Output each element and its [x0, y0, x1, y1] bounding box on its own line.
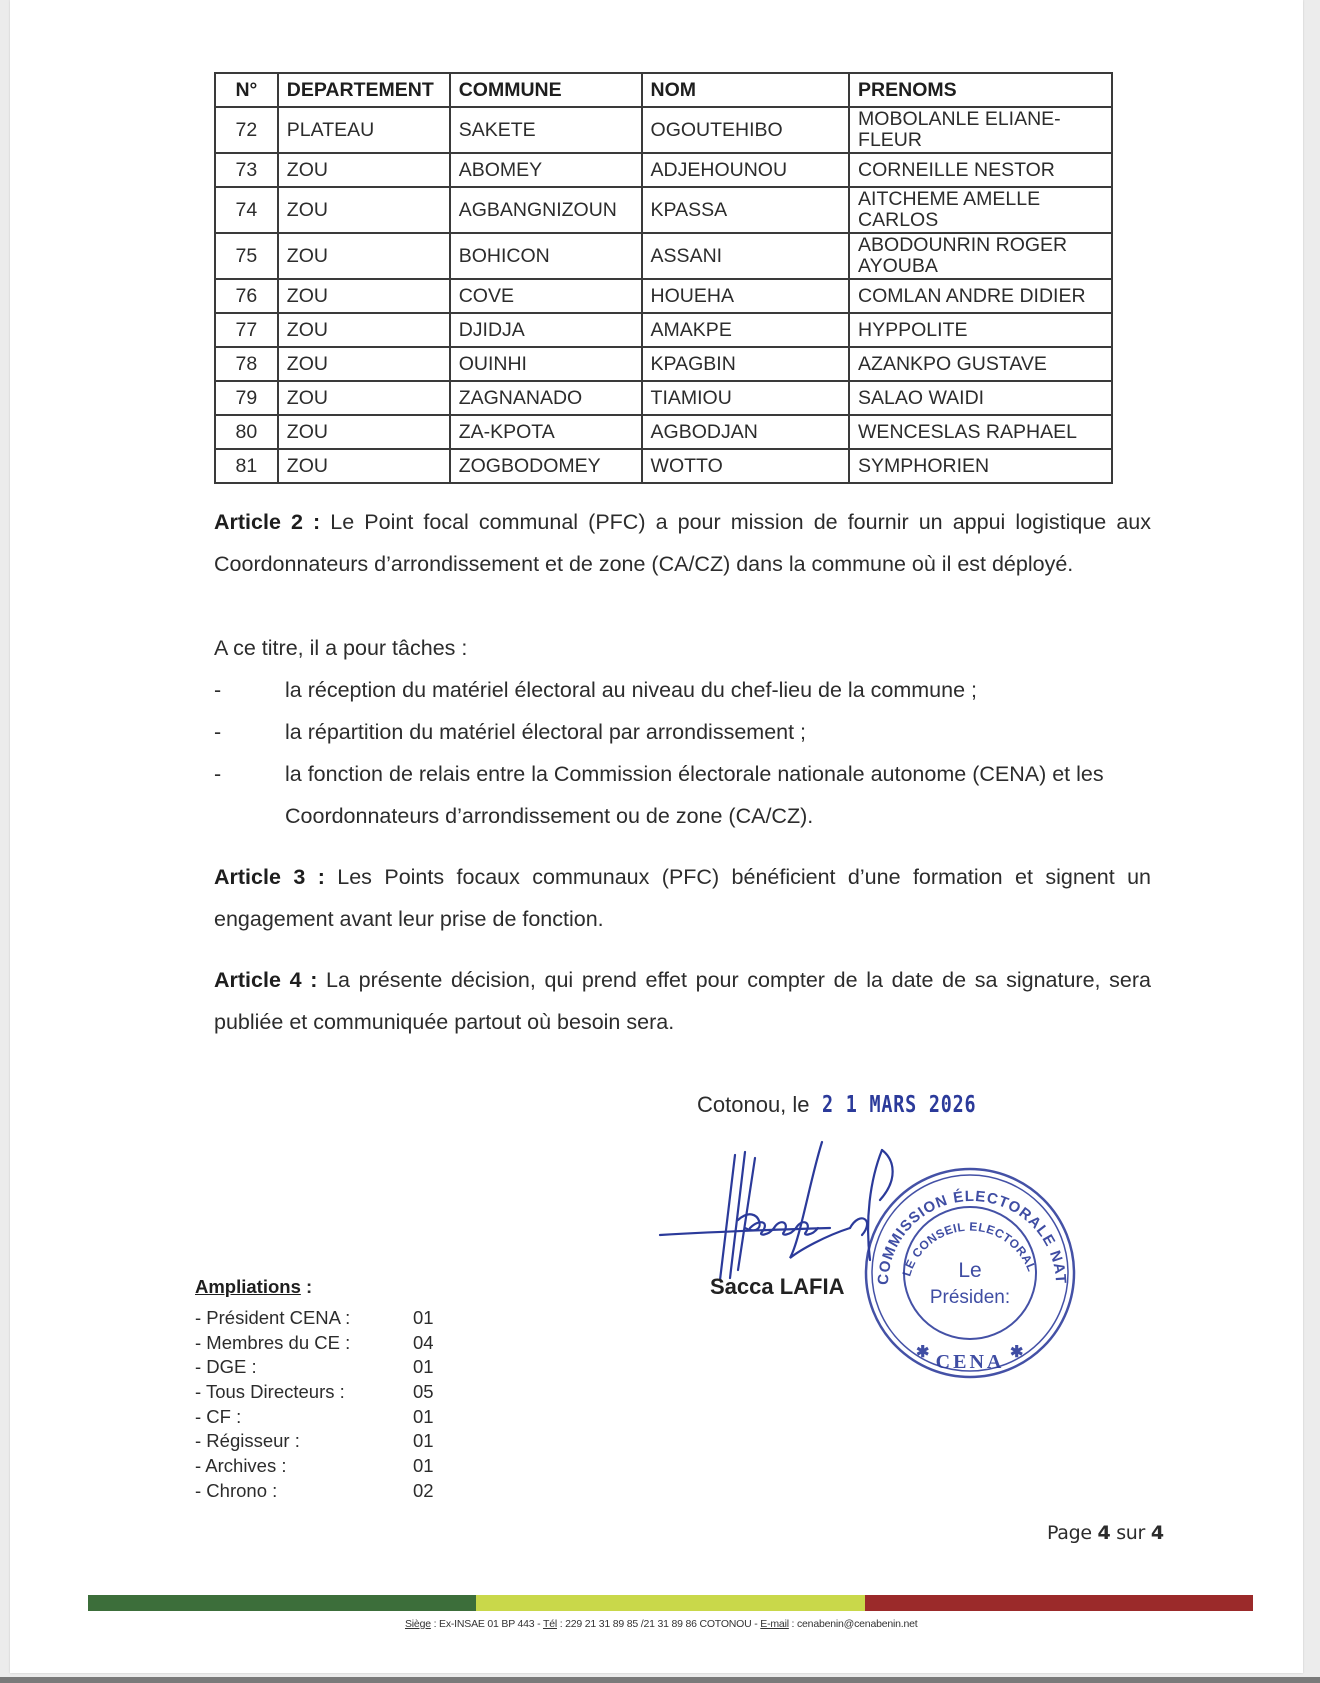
page-middle: sur: [1110, 1522, 1150, 1544]
article-4-text: La présente décision, qui prend effet po…: [214, 968, 1151, 1034]
footer-siege-value: : Ex-INSAE 01 BP 443 -: [431, 1618, 543, 1630]
cell-prenoms: WENCESLAS RAPHAEL: [849, 415, 1112, 449]
document-page: N° DEPARTEMENT COMMUNE NOM PRENOMS 72PLA…: [10, 0, 1303, 1673]
cell-departement: ZOU: [278, 313, 450, 347]
flag-yellow-segment: [476, 1595, 865, 1611]
cell-commune: OUINHI: [450, 347, 642, 381]
viewer-bottom-edge: [0, 1677, 1320, 1683]
table-row: 75ZOUBOHICONASSANIABODOUNRIN ROGER AYOUB…: [215, 233, 1112, 279]
cell-prenoms: HYPPOLITE: [849, 313, 1112, 347]
pfc-roster-table: N° DEPARTEMENT COMMUNE NOM PRENOMS 72PLA…: [214, 72, 1113, 484]
cell-number: 77: [215, 313, 278, 347]
ampliation-count: 01: [413, 1405, 453, 1430]
article-2-text: Le Point focal communal (PFC) a pour mis…: [214, 510, 1151, 576]
footer-siege-label: Siège: [405, 1618, 431, 1630]
ampliation-count: 01: [413, 1429, 453, 1454]
ampliation-count: 01: [413, 1454, 453, 1479]
stamp-center-line2: Présiden:: [930, 1287, 1010, 1308]
signer-name: Sacca LAFIA: [710, 1274, 845, 1300]
cell-nom: OGOUTEHIBO: [642, 107, 849, 153]
footer-email-label[interactable]: E-mail: [760, 1618, 789, 1630]
ampliation-count: 05: [413, 1380, 453, 1405]
ampliations-list: - Président CENA :01- Membres du CE :04-…: [195, 1306, 453, 1504]
task-item: - la réception du matériel électoral au …: [214, 669, 1151, 711]
ampliation-item: - Chrono :02: [195, 1479, 453, 1504]
table-row: 79ZOUZAGNANADOTIAMIOUSALAO WAIDI: [215, 381, 1112, 415]
table-row: 80ZOUZA-KPOTAAGBODJANWENCESLAS RAPHAEL: [215, 415, 1112, 449]
ampliation-item: - Tous Directeurs :05: [195, 1380, 453, 1405]
cell-number: 76: [215, 279, 278, 313]
article-2: Article 2 : Le Point focal communal (PFC…: [214, 501, 1151, 585]
place-label: Cotonou, le: [697, 1092, 810, 1117]
ampliation-recipient: - DGE :: [195, 1355, 413, 1380]
place-and-date: Cotonou, le 2 1 MARS 2026: [697, 1092, 1015, 1118]
table-row: 74ZOUAGBANGNIZOUNKPASSAAITCHEME AMELLE C…: [215, 187, 1112, 233]
cell-commune: ZA-KPOTA: [450, 415, 642, 449]
table-row: 77ZOUDJIDJAAMAKPEHYPPOLITE: [215, 313, 1112, 347]
footer-tel-value: : 229 21 31 89 85 /21 31 89 86 COTONOU -: [557, 1618, 760, 1630]
article-2-label: Article 2 :: [214, 510, 320, 534]
cell-number: 75: [215, 233, 278, 279]
cell-commune: ZOGBODOMEY: [450, 449, 642, 483]
footer-contact: Siège : Ex-INSAE 01 BP 443 - Tél : 229 2…: [405, 1618, 918, 1630]
ampliation-recipient: - Chrono :: [195, 1479, 413, 1504]
ampliation-count: 04: [413, 1331, 453, 1356]
cell-prenoms: AZANKPO GUSTAVE: [849, 347, 1112, 381]
ampliation-item: - Membres du CE :04: [195, 1331, 453, 1356]
header-number: N°: [215, 73, 278, 107]
cell-departement: ZOU: [278, 347, 450, 381]
article-4-label: Article 4 :: [214, 968, 317, 992]
ampliation-item: - DGE :01: [195, 1355, 453, 1380]
stamped-date: 2 1 MARS 2026: [822, 1092, 976, 1118]
article-3: Article 3 : Les Points focaux communaux …: [214, 856, 1151, 940]
table-row: 73ZOUABOMEYADJEHOUNOUCORNEILLE NESTOR: [215, 153, 1112, 187]
task-item: - la fonction de relais entre la Commiss…: [214, 753, 1151, 837]
cell-prenoms: MOBOLANLE ELIANE-FLEUR: [849, 107, 1112, 153]
footer-email-value[interactable]: : cenabenin@cenabenin.net: [789, 1618, 918, 1630]
article-2-intro: A ce titre, il a pour tâches :: [214, 627, 1151, 669]
cell-number: 79: [215, 381, 278, 415]
cell-commune: ZAGNANADO: [450, 381, 642, 415]
table-row: 78ZOUOUINHIKPAGBINAZANKPO GUSTAVE: [215, 347, 1112, 381]
ampliation-recipient: - Membres du CE :: [195, 1331, 413, 1356]
cell-departement: ZOU: [278, 449, 450, 483]
cell-nom: WOTTO: [642, 449, 849, 483]
table-row: 81ZOUZOGBODOMEYWOTTOSYMPHORIEN: [215, 449, 1112, 483]
cell-departement: ZOU: [278, 187, 450, 233]
ampliation-recipient: - Régisseur :: [195, 1429, 413, 1454]
article-4: Article 4 : La présente décision, qui pr…: [214, 959, 1151, 1043]
page-current: 4: [1098, 1522, 1111, 1544]
cell-nom: KPASSA: [642, 187, 849, 233]
ampliations-title: Ampliations: [195, 1276, 301, 1297]
cell-number: 80: [215, 415, 278, 449]
bullet-dash: -: [214, 753, 285, 837]
cell-nom: HOUEHA: [642, 279, 849, 313]
stamp-bottom-text: CENA: [936, 1351, 1005, 1373]
cell-number: 72: [215, 107, 278, 153]
flag-green-segment: [88, 1595, 476, 1611]
cell-departement: ZOU: [278, 415, 450, 449]
table-header-row: N° DEPARTEMENT COMMUNE NOM PRENOMS: [215, 73, 1112, 107]
cell-nom: KPAGBIN: [642, 347, 849, 381]
ampliation-item: - Archives :01: [195, 1454, 453, 1479]
page-total: 4: [1151, 1522, 1164, 1544]
cell-number: 74: [215, 187, 278, 233]
ampliation-recipient: - Président CENA :: [195, 1306, 413, 1331]
flag-red-segment: [865, 1595, 1253, 1611]
task-list: - la réception du matériel électoral au …: [214, 669, 1151, 837]
svg-text:✱: ✱: [1010, 1344, 1023, 1361]
cell-number: 73: [215, 153, 278, 187]
cell-departement: ZOU: [278, 279, 450, 313]
ampliation-item: - CF :01: [195, 1405, 453, 1430]
cell-commune: BOHICON: [450, 233, 642, 279]
cell-departement: ZOU: [278, 153, 450, 187]
header-departement: DEPARTEMENT: [278, 73, 450, 107]
ampliation-recipient: - CF :: [195, 1405, 413, 1430]
ampliation-recipient: - Tous Directeurs :: [195, 1380, 413, 1405]
ampliation-count: 02: [413, 1479, 453, 1504]
ampliation-count: 01: [413, 1306, 453, 1331]
header-prenoms: PRENOMS: [849, 73, 1112, 107]
cell-commune: COVE: [450, 279, 642, 313]
cell-prenoms: COMLAN ANDRE DIDIER: [849, 279, 1112, 313]
table-row: 76ZOUCOVEHOUEHACOMLAN ANDRE DIDIER: [215, 279, 1112, 313]
stamp-center-line1: Le: [958, 1259, 981, 1282]
task-text: la fonction de relais entre la Commissio…: [285, 753, 1151, 837]
cell-nom: AGBODJAN: [642, 415, 849, 449]
article-3-text: Les Points focaux communaux (PFC) bénéfi…: [214, 865, 1151, 931]
task-item: - la répartition du matériel électoral p…: [214, 711, 1151, 753]
ampliation-recipient: - Archives :: [195, 1454, 413, 1479]
cell-prenoms: ABODOUNRIN ROGER AYOUBA: [849, 233, 1112, 279]
ampliation-item: - Président CENA :01: [195, 1306, 453, 1331]
cell-nom: AMAKPE: [642, 313, 849, 347]
cell-nom: TIAMIOU: [642, 381, 849, 415]
ampliation-item: - Régisseur :01: [195, 1429, 453, 1454]
task-text: la réception du matériel électoral au ni…: [285, 669, 1151, 711]
cell-commune: AGBANGNIZOUN: [450, 187, 642, 233]
footer-tel-label: Tél: [543, 1618, 557, 1630]
svg-text:✱: ✱: [916, 1344, 929, 1361]
cell-departement: ZOU: [278, 381, 450, 415]
cell-prenoms: SYMPHORIEN: [849, 449, 1112, 483]
cell-prenoms: CORNEILLE NESTOR: [849, 153, 1112, 187]
bullet-dash: -: [214, 669, 285, 711]
flag-color-bar: [88, 1595, 1253, 1611]
header-nom: NOM: [642, 73, 849, 107]
article-3-label: Article 3 :: [214, 865, 325, 889]
cell-commune: ABOMEY: [450, 153, 642, 187]
table-row: 72PLATEAUSAKETEOGOUTEHIBOMOBOLANLE ELIAN…: [215, 107, 1112, 153]
cell-departement: PLATEAU: [278, 107, 450, 153]
ampliation-count: 01: [413, 1355, 453, 1380]
table-body: 72PLATEAUSAKETEOGOUTEHIBOMOBOLANLE ELIAN…: [215, 107, 1112, 483]
cell-prenoms: SALAO WAIDI: [849, 381, 1112, 415]
ampliations-title-suffix: :: [301, 1276, 312, 1297]
cell-number: 78: [215, 347, 278, 381]
page-prefix: Page: [1047, 1522, 1098, 1544]
header-commune: COMMUNE: [450, 73, 642, 107]
cell-departement: ZOU: [278, 233, 450, 279]
cell-commune: SAKETE: [450, 107, 642, 153]
official-stamp-icon: COMMISSION ÉLECTORALE NATIONALE AUTONOME…: [860, 1165, 1080, 1385]
cell-nom: ADJEHOUNOU: [642, 153, 849, 187]
task-text: la répartition du matériel électoral par…: [285, 711, 1151, 753]
cell-commune: DJIDJA: [450, 313, 642, 347]
bullet-dash: -: [214, 711, 285, 753]
cell-nom: ASSANI: [642, 233, 849, 279]
ampliations-block: Ampliations : - Président CENA :01- Memb…: [195, 1276, 453, 1504]
cell-prenoms: AITCHEME AMELLE CARLOS: [849, 187, 1112, 233]
page-number: Page 4 sur 4: [1047, 1522, 1164, 1544]
ampliations-heading: Ampliations :: [195, 1276, 453, 1298]
cell-number: 81: [215, 449, 278, 483]
